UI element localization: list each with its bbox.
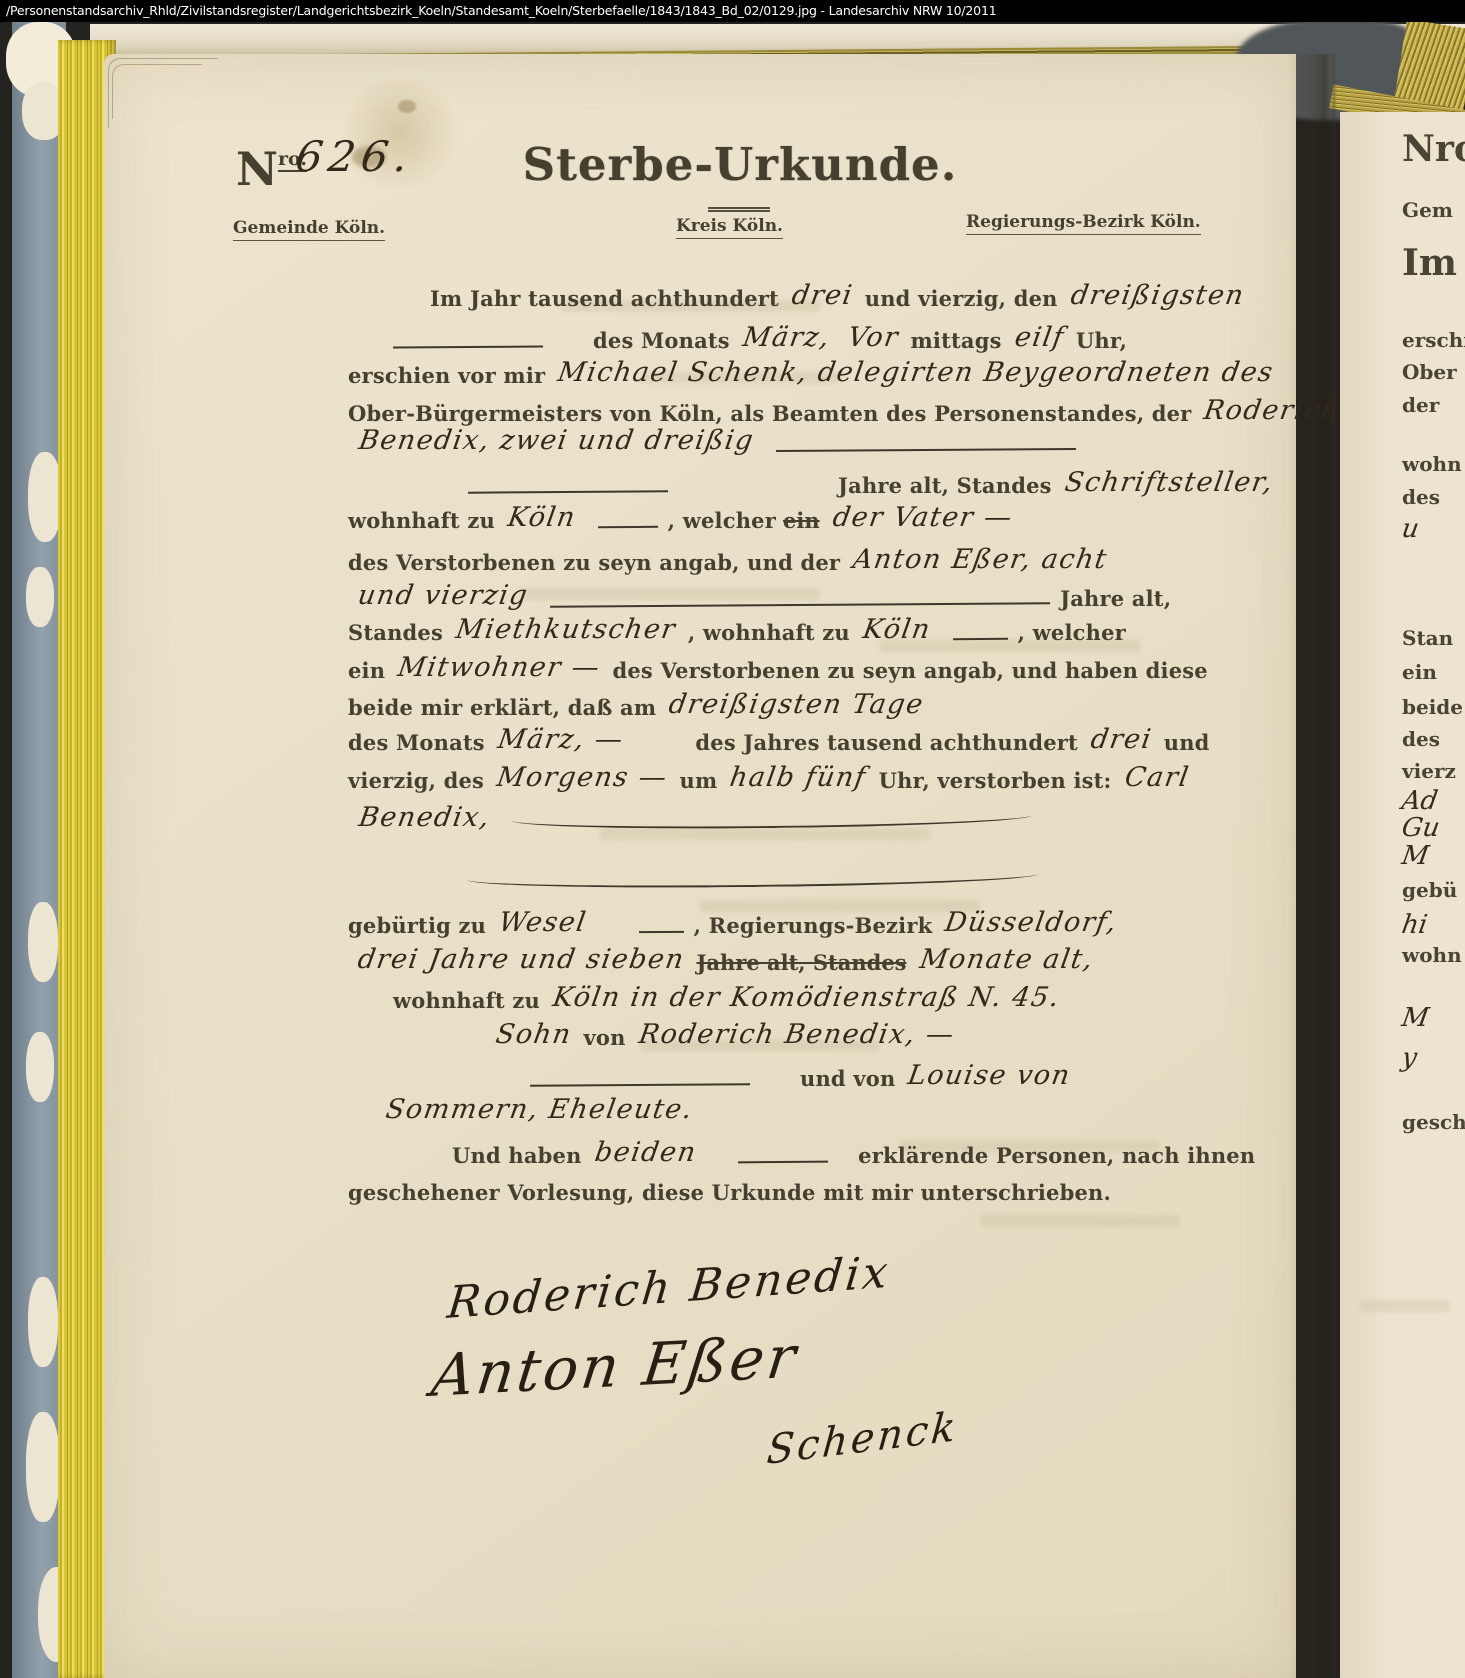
blank-rule: [550, 586, 1050, 607]
printed-text: erklärende Personen, nach ihnen: [858, 1143, 1255, 1168]
printed-text: gebürtig zu: [348, 913, 486, 938]
printed-text: Jahre alt,: [1060, 586, 1171, 611]
body-line: Jahre alt, StandesSchriftsteller,: [458, 470, 1285, 504]
printed-text: , welcher: [668, 508, 776, 533]
blank-rule: [738, 1145, 828, 1164]
right-page-text-fragment: hi: [1400, 910, 1430, 940]
right-page-text-fragment: Gu: [1400, 813, 1442, 843]
printed-text: mittags: [911, 328, 1002, 353]
document-title: Sterbe-Urkunde.: [523, 138, 958, 191]
handwritten-text: Sohn: [494, 1020, 574, 1050]
printed-text: geschehener Vorlesung, diese Urkunde mit…: [348, 1180, 1111, 1205]
body-line: Im Jahr tausend achthundertdreiund vierz…: [430, 283, 1256, 317]
archive-scan-photo[interactable]: Nro. 626. Sterbe-Urkunde. Gemeinde Köln.…: [0, 0, 1465, 1678]
body-line: Sommern, Eheleute.: [380, 1097, 705, 1131]
spacer: [838, 1162, 858, 1163]
body-line: des MonatsMärz, —des Jahres tausend acht…: [348, 727, 1217, 761]
body-line: StandesMiethkutscher, wohnhaft zuKöln, w…: [348, 617, 1133, 651]
blank-rule: [393, 329, 543, 348]
handwritten-text: beiden: [592, 1138, 698, 1168]
struck-printed-text: Jahre alt, Standes: [696, 950, 906, 975]
handwritten-text: Roderich Benedix, —: [636, 1020, 956, 1050]
printed-text: des Jahres tausend achthundert: [695, 730, 1078, 755]
ink-bleedthrough: [1360, 1300, 1450, 1312]
body-line: und vierzigJahre alt,: [352, 583, 1178, 617]
blank-rule: [530, 1067, 750, 1087]
right-page-text-fragment: Stan: [1402, 626, 1453, 650]
right-page-text-fragment: M: [1400, 1003, 1431, 1033]
right-page-text-fragment: gesch: [1402, 1110, 1465, 1134]
certificate-number-value: 626.: [293, 132, 417, 181]
right-page-text-fragment: wohn: [1402, 452, 1462, 476]
handwritten-text: dreißigsten Tage: [667, 690, 926, 720]
right-page-text-fragment: Gem: [1402, 198, 1453, 222]
right-page-text-fragment: erschi: [1402, 328, 1465, 352]
handwritten-text: Schriftsteller,: [1062, 468, 1275, 498]
right-page-text-fragment: gebü: [1402, 878, 1457, 902]
right-page-text-fragment: Ober: [1402, 360, 1457, 384]
blank-rule: [598, 510, 658, 528]
printed-text: Im Jahr tausend achthundert: [430, 286, 779, 311]
body-line: des MonatsMärz,VormittagseilfUhr,: [383, 325, 1134, 359]
page-corner-line: [108, 58, 218, 128]
right-page-text-fragment: Im: [1402, 242, 1457, 284]
handwritten-text: März, —: [495, 725, 625, 755]
right-page-text-fragment: Nro: [1402, 128, 1465, 170]
printed-text: vierzig, des: [348, 768, 484, 793]
handwritten-text: Louise von: [906, 1061, 1073, 1091]
handwritten-text: drei: [1089, 725, 1155, 755]
printed-text: von: [584, 1025, 626, 1050]
handwritten-text: Miethkutscher: [454, 615, 679, 645]
titlebar: /Personenstandsarchiv_Rhld/Zivilstandsre…: [0, 0, 1465, 22]
printed-text: wohnhaft zu: [393, 988, 540, 1013]
blank-rule: [512, 807, 1032, 830]
page-stain: [398, 100, 416, 113]
handwritten-text: Michael Schenk, delegirten Beygeordneten…: [556, 358, 1276, 388]
body-line: SohnvonRoderich Benedix, —: [490, 1022, 966, 1056]
printed-text: , welcher: [1018, 620, 1126, 645]
right-page-text-fragment: ein: [1402, 660, 1437, 684]
body-line: wohnhaft zuKöln, welchereinder Vater —: [348, 505, 1024, 539]
printed-text: und vierzig, den: [865, 286, 1058, 311]
right-page-text-fragment: M: [1400, 841, 1431, 871]
printed-text: , wohnhaft zu: [688, 620, 850, 645]
titlebar-path: /Personenstandsarchiv_Rhld/Zivilstandsre…: [6, 3, 996, 18]
gemeinde-label: Gemeinde Köln.: [233, 218, 385, 241]
spacer: [553, 347, 593, 348]
body-line: erschien vor mirMichael Schenk, delegirt…: [348, 360, 1286, 394]
bezirk-label: Regierungs-Bezirk Köln.: [966, 212, 1201, 235]
right-page-text-fragment: des: [1402, 485, 1440, 509]
handwritten-text: Morgens —: [495, 763, 670, 793]
printed-text: Uhr,: [1076, 328, 1127, 353]
printed-text: , Regierungs-Bezirk: [694, 913, 933, 938]
handwritten-text: Köln: [860, 615, 932, 645]
right-page-text-fragment: des: [1402, 727, 1440, 751]
handwritten-text: Köln in der Komödienstraß N. 45.: [551, 983, 1063, 1013]
printed-text: Ober-Bürgermeisters von Köln, als Beamte…: [348, 401, 1191, 426]
body-line: drei Jahre und siebenJahre alt, StandesM…: [352, 947, 1105, 981]
handwritten-text: März,: [740, 323, 832, 353]
handwritten-text: Sommern, Eheleute.: [384, 1095, 696, 1125]
right-page-text-fragment: der: [1402, 393, 1439, 417]
struck-printed-text: ein: [783, 508, 820, 533]
printed-text: und: [1164, 730, 1210, 755]
printed-text: des Monats: [348, 730, 485, 755]
body-line: beide mir erklärt, daß amdreißigsten Tag…: [348, 692, 936, 726]
blank-rule: [953, 622, 1008, 640]
printed-text: beide mir erklärt, daß am: [348, 695, 656, 720]
body-line: vierzig, desMorgens —umhalb fünfUhr, ver…: [348, 765, 1201, 799]
blank-rule: [639, 915, 684, 933]
title-underline: [708, 207, 770, 212]
right-page-text-fragment: vierz: [1402, 759, 1456, 783]
printed-text: des Verstorbenen zu seyn angab, und der: [348, 550, 840, 575]
spacer: [599, 932, 629, 933]
printed-text: erschien vor mir: [348, 363, 545, 388]
spacer: [678, 492, 838, 493]
spacer: [708, 1162, 728, 1163]
body-line: Und habenbeidenerklärende Personen, nach…: [452, 1140, 1262, 1174]
kreis-label: Kreis Köln.: [676, 216, 783, 239]
handwritten-text: Wesel: [497, 908, 589, 938]
body-line: Benedix,: [353, 805, 1042, 839]
handwritten-text: Roderich: [1202, 396, 1343, 426]
printed-text: Jahre alt, Standes: [838, 473, 1052, 498]
printed-text: und von: [800, 1066, 895, 1091]
body-line: [458, 868, 1048, 898]
blank-rule: [776, 432, 1076, 452]
body-line: Benedix, zwei und dreißig: [353, 428, 1086, 462]
right-page-text-fragment: wohn: [1402, 943, 1462, 967]
handwritten-text: und vierzig: [356, 581, 531, 611]
right-page-text-fragment: Ad: [1400, 786, 1440, 816]
book-gutter: [1288, 54, 1346, 1678]
body-line: gebürtig zuWesel, Regierungs-BezirkDüsse…: [348, 910, 1129, 944]
handwritten-text: Köln: [506, 503, 578, 533]
handwritten-text: Vor: [845, 323, 900, 353]
spacer: [760, 1085, 800, 1086]
printed-text: um: [680, 768, 718, 793]
blank-rule: [468, 474, 668, 493]
handwritten-text: eilf: [1012, 323, 1066, 353]
body-line: geschehener Vorlesung, diese Urkunde mit…: [348, 1178, 1118, 1211]
handwritten-text: drei Jahre und sieben: [356, 945, 687, 975]
printed-text: des Monats: [593, 328, 730, 353]
printed-text: Uhr, verstorben ist:: [879, 768, 1112, 793]
blank-rule: [468, 866, 1038, 890]
spacer: [635, 749, 695, 750]
handwritten-text: Monate alt,: [917, 945, 1095, 975]
printed-text: Standes: [348, 620, 443, 645]
handwritten-text: der Vater —: [830, 503, 1014, 533]
ink-bleedthrough: [980, 1215, 1180, 1227]
handwritten-text: Benedix,: [357, 803, 493, 833]
printed-text: ein: [348, 658, 385, 683]
body-line: und vonLouise von: [520, 1063, 1083, 1097]
handwritten-text: Mitwohner —: [396, 653, 603, 683]
body-line: einMitwohner —des Verstorbenen zu seyn a…: [348, 655, 1215, 689]
printed-text: wohnhaft zu: [348, 508, 495, 533]
printed-text: Und haben: [452, 1143, 582, 1168]
handwritten-text: dreißigsten: [1068, 281, 1246, 311]
gutter-crease: [1333, 54, 1335, 1678]
handwritten-text: Düsseldorf,: [943, 908, 1120, 938]
right-page-text-fragment: beide: [1402, 695, 1463, 719]
body-line: wohnhaft zuKöln in der Komödienstraß N. …: [393, 985, 1072, 1019]
body-line: des Verstorbenen zu seyn angab, und derA…: [348, 547, 1119, 581]
printed-text: des Verstorbenen zu seyn angab, und habe…: [612, 658, 1207, 683]
handwritten-text: Anton Eßer, acht: [851, 545, 1110, 575]
handwritten-text: halb fünf: [728, 763, 869, 793]
handwritten-text: Benedix, zwei und dreißig: [357, 426, 757, 456]
handwritten-text: drei: [790, 281, 856, 311]
handwritten-text: Carl: [1122, 763, 1191, 793]
number-label-initial: N: [236, 142, 278, 196]
